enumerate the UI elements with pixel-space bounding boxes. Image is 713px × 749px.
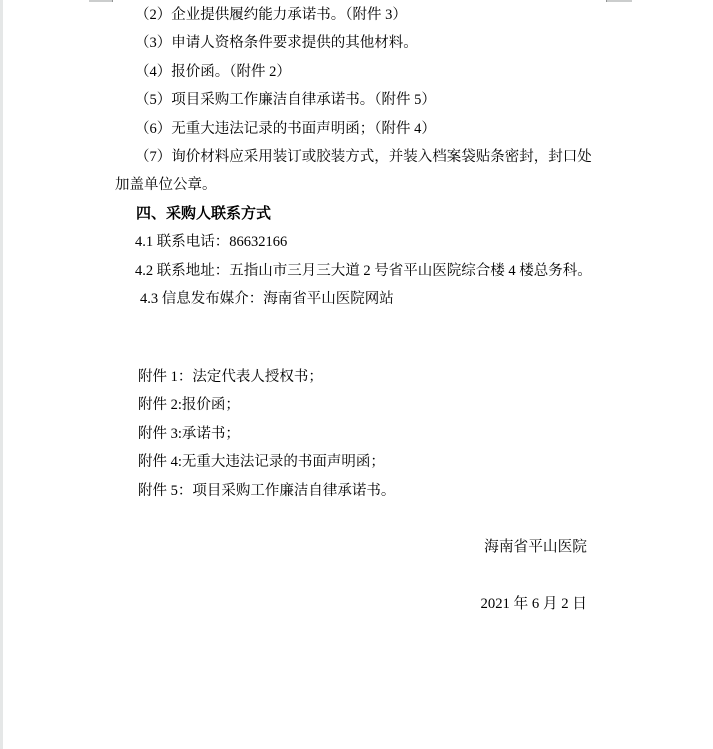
attachment-item-3: 附件 3:承诺书；: [115, 420, 713, 448]
attachment-item-5: 附件 5：项目采购工作廉洁自律承诺书。: [115, 477, 713, 505]
section-heading: 四、采购人联系方式: [115, 200, 713, 228]
contact-phone-line: 4.1 联系电话：86632166: [115, 228, 713, 256]
list-item-5: （5）项目采购工作廉洁自律承诺书。（附件 5）: [115, 86, 713, 114]
contact-address-line: 4.2 联系地址：五指山市三月三大道 2 号省平山医院综合楼 4 楼总务科。: [115, 257, 713, 285]
list-item-3: （3）申请人资格条件要求提供的其他材料。: [115, 29, 713, 57]
list-item-2: （2）企业提供履约能力承诺书。（附件 3）: [115, 1, 713, 29]
list-item-4: （4）报价函。（附件 2）: [115, 58, 713, 86]
list-item-7: （7）询价材料应采用装订或胶装方式，并装入档案袋贴条密封，封口处: [115, 143, 713, 171]
attachment-item-4: 附件 4:无重大违法记录的书面声明函；: [115, 448, 713, 476]
body-text-block: （2）企业提供履约能力承诺书。（附件 3） （3）申请人资格条件要求提供的其他材…: [0, 1, 713, 313]
list-item-7-continuation: 加盖单位公章。: [115, 171, 713, 199]
attachment-item-1: 附件 1：法定代表人授权书；: [115, 363, 713, 391]
signature-date: 2021 年 6 月 2 日: [481, 597, 588, 612]
attachments-list: 附件 1：法定代表人授权书； 附件 2:报价函； 附件 3:承诺书； 附件 4:…: [0, 363, 713, 505]
signature-organization: 海南省平山医院: [484, 540, 587, 555]
document-page: （2）企业提供履约能力承诺书。（附件 3） （3）申请人资格条件要求提供的其他材…: [0, 0, 713, 749]
attachment-item-2: 附件 2:报价函；: [115, 391, 713, 419]
contact-media-line: 4.3 信息发布媒介：海南省平山医院网站: [115, 285, 713, 313]
list-item-6: （6）无重大违法记录的书面声明函；（附件 4）: [115, 115, 713, 143]
